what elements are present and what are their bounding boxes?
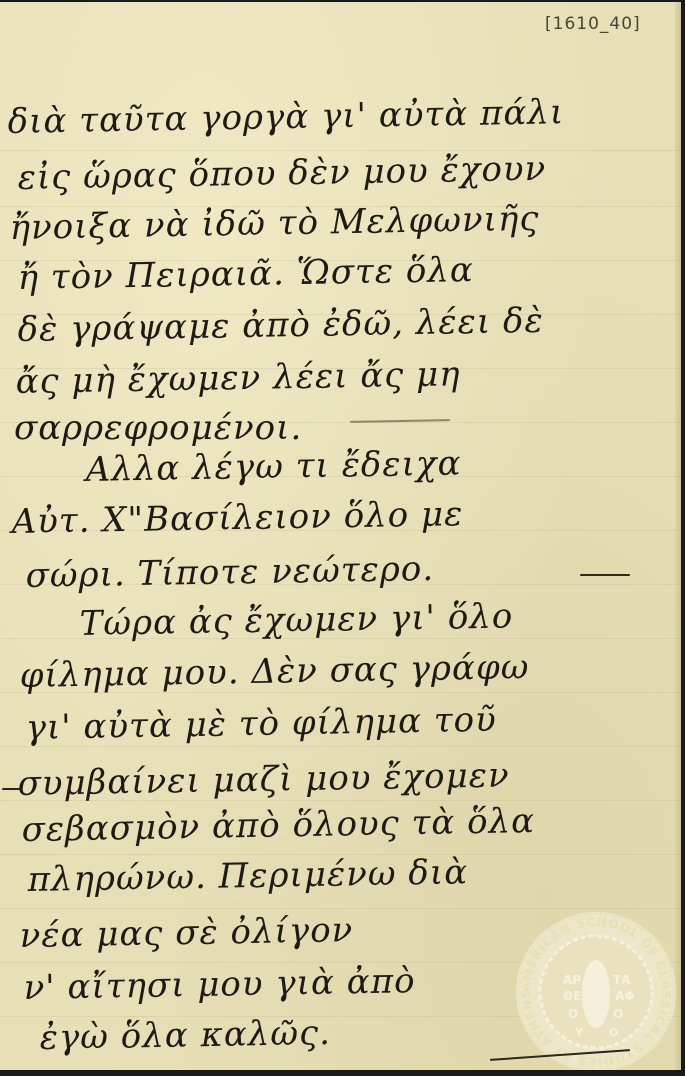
svg-text:ΑΦ: ΑΦ — [615, 989, 635, 1003]
svg-text:ΑΡ: ΑΡ — [563, 973, 581, 987]
handwritten-line: φίλημα μου. Δὲν σας γράφω — [19, 647, 529, 696]
handwritten-line: νέα μας σὲ ὀλίγον — [19, 910, 353, 956]
handwritten-line: πληρώνω. Περιμένω διὰ — [27, 852, 468, 900]
svg-text:Ο: Ο — [613, 1007, 623, 1021]
svg-text:ΘΕ: ΘΕ — [563, 989, 581, 1003]
handwritten-line: Αλλα λέγω τι ἔδειχα — [85, 443, 462, 490]
handwritten-line: δὲ γράψαμε ἀπὸ ἐδῶ, λέει δὲ — [17, 301, 544, 350]
svg-text:Υ: Υ — [574, 1026, 584, 1039]
seal-icon: AMERICAN SCHOOL OF CLASSICAL STUDIES AT … — [513, 912, 679, 1070]
handwritten-line: ἄς μὴ ἔχωμεν λέει ἄς μη — [15, 354, 461, 402]
handwritten-line: συμβαίνει μαζὶ μου ἔχομεν — [17, 755, 510, 804]
handwritten-line: Τώρα ἀς ἔχωμεν γι' ὅλο — [79, 596, 513, 644]
handwritten-line: ἤνοιξα νὰ ἰδῶ τὸ Μελφωνιῆς — [9, 199, 539, 248]
handwritten-line: διὰ ταῦτα γοργὰ γι' αὐτὰ πάλι — [7, 92, 564, 142]
manuscript-page: [1610_40] διὰ ταῦτα γοργὰ γι' αὐτὰ πάλι … — [0, 2, 681, 1070]
handwritten-line: σαρρεφρομένοι. — [14, 408, 302, 448]
handwritten-line: ν' αἴτησι μου γιὰ ἀπὸ — [23, 961, 416, 1008]
margin-mark — [2, 788, 20, 790]
handwritten-line: σεβασμὸν ἀπὸ ὅλους τὰ ὅλα — [21, 801, 535, 850]
archive-label: [1610_40] — [545, 14, 641, 34]
handwritten-line: γι' αὐτὰ μὲ τὸ φίλημα τοῦ — [25, 700, 497, 748]
handwritten-line: ἤ τὸν Πειραιᾶ. Ὥστε ὅλα — [17, 250, 474, 298]
svg-text:Ο: Ο — [609, 1026, 618, 1039]
svg-text:ΤΑ: ΤΑ — [613, 973, 631, 987]
handwritten-line: σώρι. Τίποτε νεώτερο. — [25, 549, 434, 596]
svg-text:Ο: Ο — [568, 1007, 578, 1021]
page-edge — [675, 2, 681, 1070]
handwritten-line: εἰς ὥρας ὅπου δὲν μου ἔχουν — [17, 149, 546, 198]
ruled-line — [0, 908, 681, 909]
library-seal-stamp: AMERICAN SCHOOL OF CLASSICAL STUDIES AT … — [513, 912, 679, 1070]
pen-stroke — [580, 574, 630, 576]
handwritten-line: ἐγὼ ὅλα καλῶς. — [39, 1013, 331, 1058]
ruled-line — [0, 150, 681, 151]
handwritten-line: Αὐτ. Χ"Βασίλειον ὅλο με — [11, 494, 463, 542]
